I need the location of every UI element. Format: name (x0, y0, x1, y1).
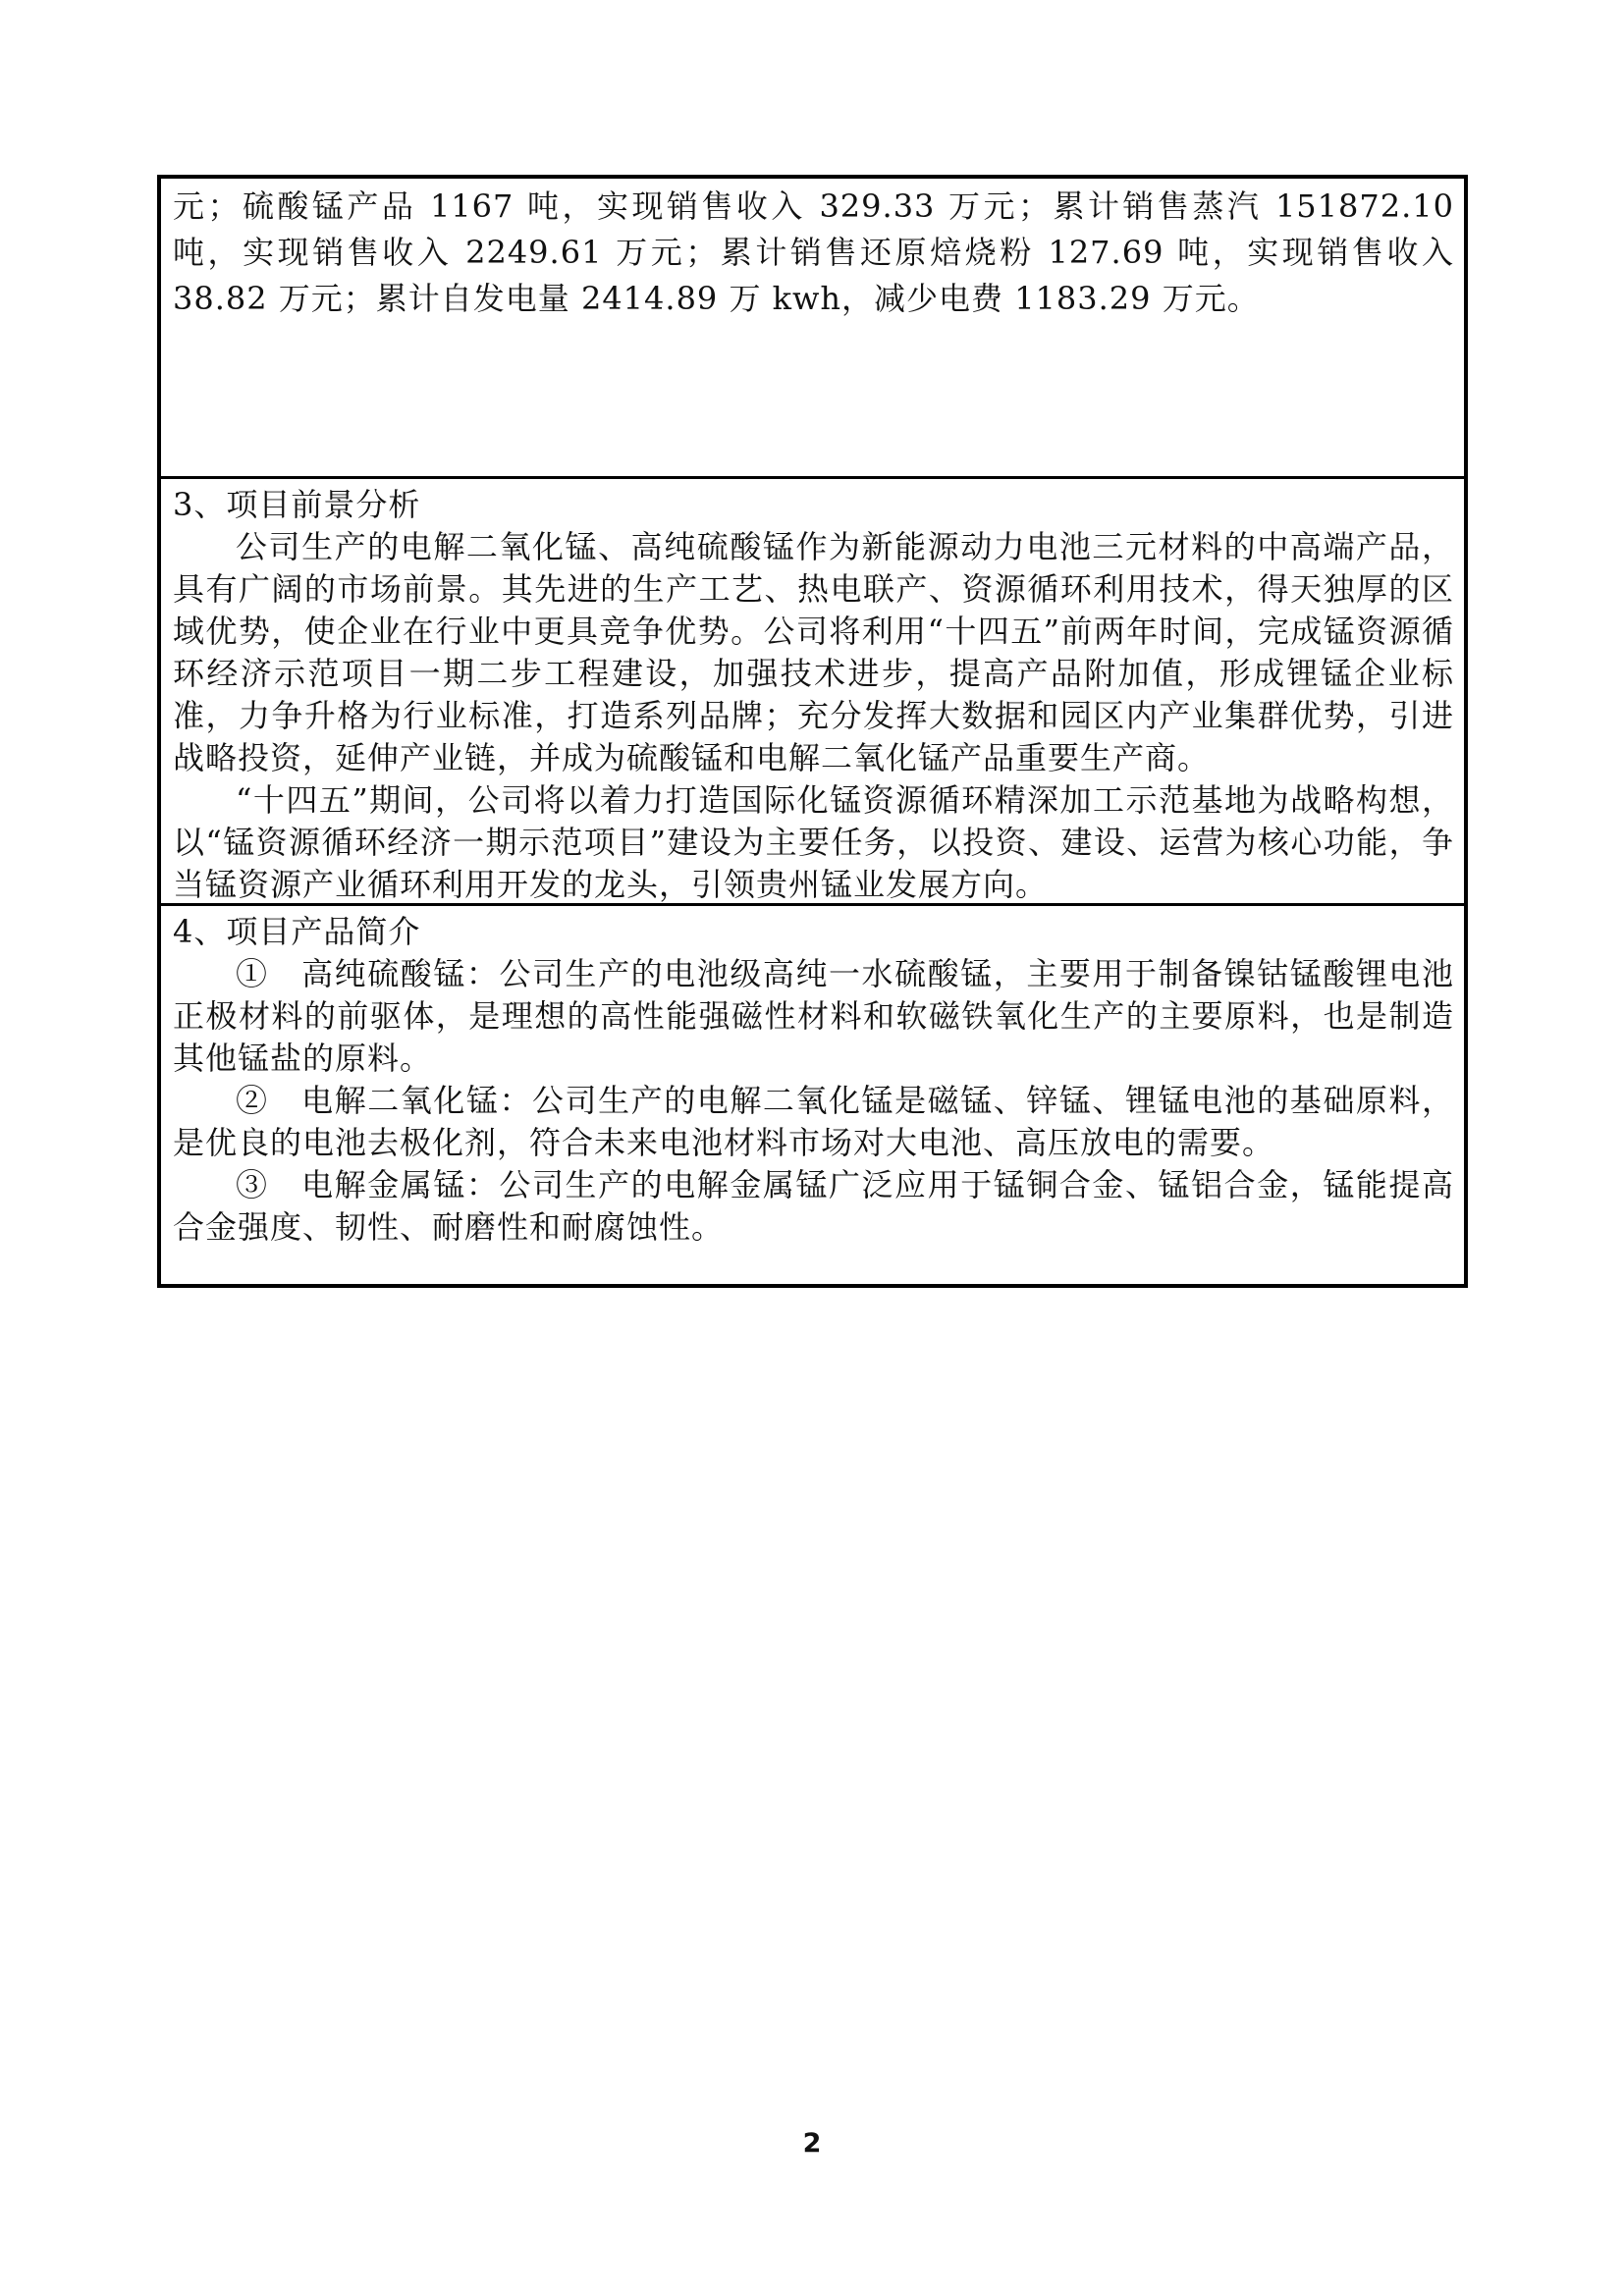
content-table: 元；硫酸锰产品 1167 吨，实现销售收入 329.33 万元；累计销售蒸汽 1… (157, 175, 1468, 1288)
financial-summary-paragraph: 元；硫酸锰产品 1167 吨，实现销售收入 329.33 万元；累计销售蒸汽 1… (173, 184, 1454, 322)
prospect-paragraph-1: 公司生产的电解二氧化锰、高纯硫酸锰作为新能源动力电池三元材料的中高端产品，具有广… (173, 526, 1454, 779)
product-item-3: ③ 电解金属锰：公司生产的电解金属锰广泛应用于锰铜合金、锰铝合金，锰能提高合金强… (173, 1164, 1454, 1249)
prospect-section-heading: 3、项目前景分析 (173, 484, 1454, 526)
products-section-heading: 4、项目产品简介 (173, 911, 1454, 953)
page-number: 2 (0, 2128, 1624, 2159)
document-page: 元；硫酸锰产品 1167 吨，实现销售收入 329.33 万元；累计销售蒸汽 1… (0, 0, 1624, 2296)
section-project-prospect: 3、项目前景分析 公司生产的电解二氧化锰、高纯硫酸锰作为新能源动力电池三元材料的… (161, 476, 1464, 903)
product-item-2: ② 电解二氧化锰：公司生产的电解二氧化锰是磁锰、锌锰、锂锰电池的基础原料，是优良… (173, 1080, 1454, 1164)
section-product-introduction: 4、项目产品简介 ① 高纯硫酸锰：公司生产的电池级高纯一水硫酸锰，主要用于制备镍… (161, 903, 1464, 1284)
section-financial-summary: 元；硫酸锰产品 1167 吨，实现销售收入 329.33 万元；累计销售蒸汽 1… (161, 179, 1464, 476)
prospect-paragraph-2: “十四五”期间，公司将以着力打造国际化锰资源循环精深加工示范基地为战略构想，以“… (173, 779, 1454, 903)
product-item-1: ① 高纯硫酸锰：公司生产的电池级高纯一水硫酸锰，主要用于制备镍钴锰酸锂电池正极材… (173, 953, 1454, 1080)
